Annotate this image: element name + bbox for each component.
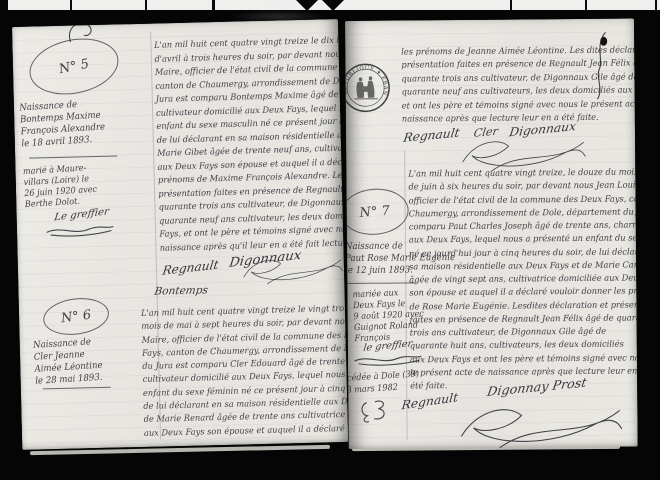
margin-title-act5: Naissance deBontemps MaximeFrançois Alex…: [19, 97, 113, 150]
film-marker-icon: [322, 0, 344, 11]
act-number-6: N° 6: [41, 294, 111, 338]
mayor-signature-flourish: [239, 245, 345, 296]
act-number-7: N° 7: [345, 186, 410, 237]
film-ruler-strip: [8, 0, 660, 10]
film-tick: [70, 0, 72, 10]
margin-separator-line: [29, 155, 117, 158]
witness-signature: Regnault: [402, 126, 460, 145]
father-signature: Bontemps: [154, 284, 209, 297]
film-tick: [212, 0, 215, 10]
margin-title-act6: Naissance deCler JeanneAimée Léontinele …: [33, 336, 110, 388]
margin-bracket-flourish: [591, 31, 610, 101]
act-number-label: N° 5: [58, 56, 91, 77]
handwritten-line: le 28 mai 1893.: [35, 372, 104, 388]
pen-curl: [64, 19, 105, 44]
right-page: les prénoms de Jeanne Aimée Léontine. Le…: [345, 18, 638, 449]
margin-marriage-note-act5: marié à Maure-villars (Loire) le26 juin …: [23, 162, 105, 211]
act-number-label: N° 6: [60, 307, 92, 326]
film-tick: [145, 0, 147, 10]
film-tick: [510, 0, 512, 10]
act7-body-text: L'an mil huit cent quatre vingt treize, …: [408, 166, 637, 393]
act5-body-text: L'an mil huit cent quatre vingt treize l…: [154, 35, 348, 256]
witness-signature: Regnault: [162, 258, 220, 278]
left-page: N° 5 Naissance deBontemps MaximeFrançois…: [12, 19, 348, 450]
film-marker-icon: [296, 0, 318, 11]
film-tick: [585, 0, 587, 10]
republique-francaise-stamp: RÉPUBLIQUE ✦ FRANÇAISE: [345, 63, 391, 113]
act-number-label: N° 7: [359, 203, 390, 220]
microfilm-frame: N° 5 Naissance deBontemps MaximeFrançois…: [0, 0, 660, 480]
mayor-signature-flourish: [450, 401, 630, 449]
film-tick: [655, 0, 657, 10]
margin-separator-line: [43, 387, 111, 390]
clerk-initials-flourish: [358, 397, 388, 423]
clerk-signature-flourish: [45, 223, 115, 239]
allegorical-figures-icon: [354, 76, 377, 99]
act6-body-text: L'an mil huit cent quatre vingt treize l…: [141, 303, 348, 441]
